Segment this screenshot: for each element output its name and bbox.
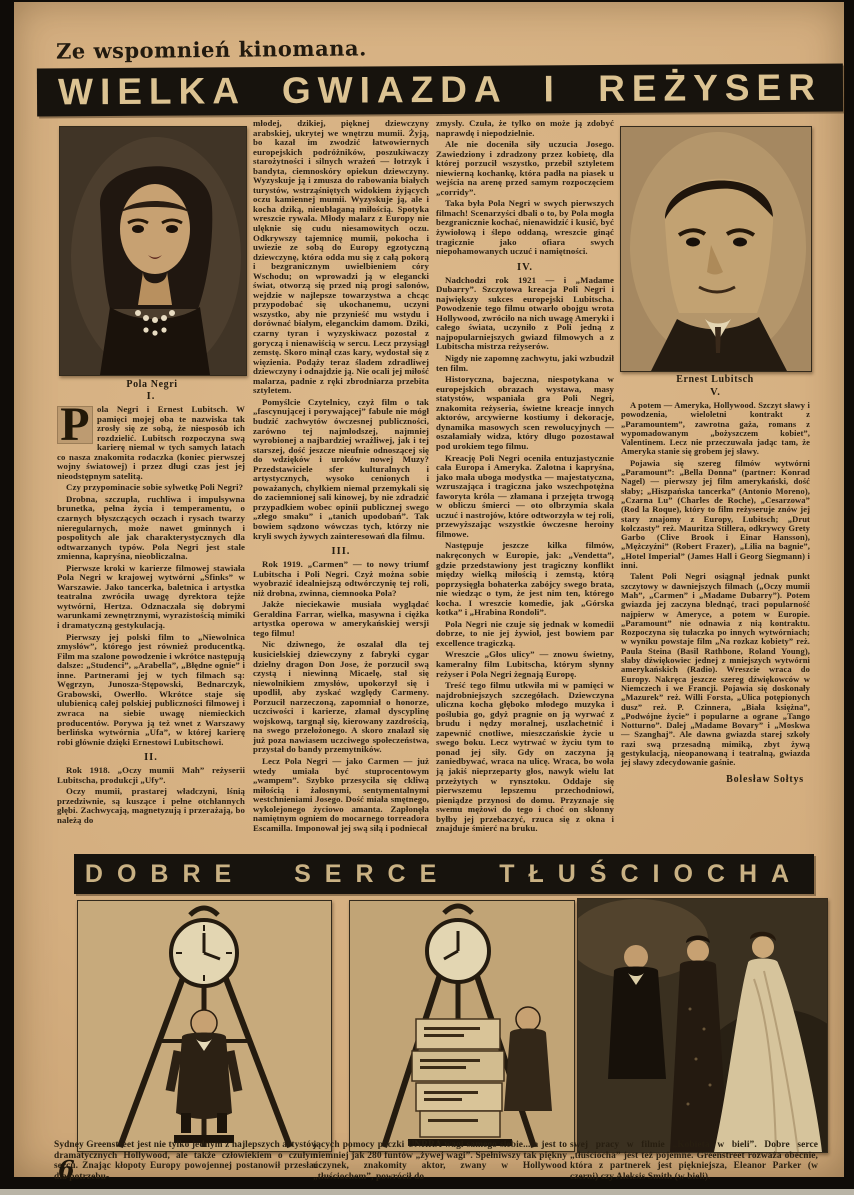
kicker: Ze wspomnień kinomana. (56, 36, 367, 63)
paragraph: Nigdy nie zapomnę zachwytu, jaki wzbudzi… (436, 354, 614, 373)
photo-ernest-lubitsch (620, 126, 812, 372)
page-number: 6 (58, 1158, 75, 1182)
paragraph: Talent Poli Negri osiągnął jednak punkt … (621, 572, 810, 767)
paragraph: Pierwszy jej polski film to „Niewolnica … (57, 633, 245, 748)
paragraph: Czy przypominacie sobie sylwetkę Poli Ne… (57, 483, 245, 493)
paragraph: Następuje jeszcze kilka filmów, nakręcon… (436, 541, 614, 617)
paragraph: Lecz Pola Negri — jako Carmen — już wted… (253, 757, 429, 833)
byline: Bolesław Sołtys (621, 774, 810, 786)
photo-pola-negri (59, 126, 247, 376)
greenstreet-scale-illustration (78, 901, 331, 1151)
photo-film-still (577, 898, 828, 1153)
photo-caption-pola: Pola Negri (59, 379, 245, 391)
paragraph: Nadchodzi rok 1921 — i „Madame Dubarry”.… (436, 276, 614, 352)
article-column-3: zmysły. Czuła, że tylko on może ją zdoby… (436, 119, 614, 836)
magazine-page: Ze wspomnień kinomana. WIELKA GWIAZDA I … (14, 2, 844, 1177)
paragraph: Ale nie doceniła siły uczucia Josego. Za… (436, 140, 614, 197)
second-banner: DOBRE SERCE TŁUŚCIOCHA (74, 854, 814, 894)
paragraph: Drobna, szczupła, ruchliwa i impulsywna … (57, 495, 245, 562)
drop-cap: P (57, 406, 93, 444)
headline: WIELKA GWIAZDA I REŻYSER (58, 67, 822, 114)
section-heading-5: V. (621, 387, 810, 398)
paragraph: Pierwsze kroki w karierze filmowej stawi… (57, 564, 245, 631)
headline-banner: WIELKA GWIAZDA I REŻYSER (37, 64, 843, 117)
section-heading-2: II. (57, 752, 245, 763)
article-column-2: młodej, dzikiej, pięknej dziewczyny arab… (253, 119, 429, 835)
bottom-caption-2: jących pomocy paczki UNRRA wagi samego s… (313, 1140, 567, 1182)
photo-greenstreet-scale (77, 900, 332, 1152)
paragraph: Pola Negri i Ernest Lubitsch. W pamięci … (57, 405, 245, 481)
photo-caption-lubitsch: Ernest Lubitsch (620, 374, 810, 386)
paragraph: Rok 1918. „Oczy mumii Mah” reżyserii Lub… (57, 766, 245, 785)
paragraph: Treść tego filmu utkwiła mi w pamięci w … (436, 681, 614, 834)
section-heading-3: III. (253, 546, 429, 557)
paragraph: Oczy mumii, prastarej władczyni, lśnią p… (57, 787, 245, 825)
photo-unrra-packages (349, 900, 575, 1152)
paragraph: Jakże nieciekawie musiała wyglądać Geral… (253, 600, 429, 638)
film-still-illustration (578, 899, 827, 1152)
scan-edge-strip (0, 1189, 854, 1195)
pola-negri-portrait-illustration (60, 127, 246, 375)
paragraph: Wreszcie „Głos ulicy” — znowu świetny, k… (436, 650, 614, 679)
paragraph: młodej, dzikiej, pięknej dziewczyny arab… (253, 119, 429, 396)
paragraph: A potem — Ameryka, Hollywood. Szczyt sła… (621, 401, 810, 457)
unrra-packages-illustration (350, 901, 574, 1151)
article-column-1: I. Pola Negri i Ernest Lubitsch. W pamię… (57, 391, 245, 827)
section-heading-4: IV. (436, 262, 614, 273)
paragraph: zmysły. Czuła, że tylko on może ją zdoby… (436, 119, 614, 138)
article-column-4: V. A potem — Ameryka, Hollywood. Szczyt … (621, 387, 810, 786)
bottom-caption-1: Sydney Greenstreet jest nie tylko jednym… (54, 1140, 318, 1182)
paragraph: Pomyślcie Czytelnicy, czyż film o tak „f… (253, 398, 429, 541)
paragraph: Rok 1919. „Carmen” — to nowy triumf Lubi… (253, 560, 429, 598)
bottom-caption-3: swej pracy w filmie „Kobieta w bieli”. D… (570, 1140, 818, 1182)
paragraph: Historyczna, bajeczna, niespotykana w eu… (436, 375, 614, 451)
paragraph: Nic dziwnego, że oszalał dla tej kusicie… (253, 640, 429, 755)
paragraph: Pojawia się szereg filmów wytwórni „Para… (621, 459, 810, 571)
second-headline: DOBRE SERCE TŁUŚCIOCHA (85, 860, 803, 889)
paragraph: Kreację Poli Negri oceniła entuzjastyczn… (436, 454, 614, 540)
paragraph: Pola Negri nie czuje się jednak w komedi… (436, 620, 614, 649)
lubitsch-portrait-illustration (621, 127, 811, 371)
paragraph: Taka była Pola Negri w swych pierwszych … (436, 199, 614, 256)
